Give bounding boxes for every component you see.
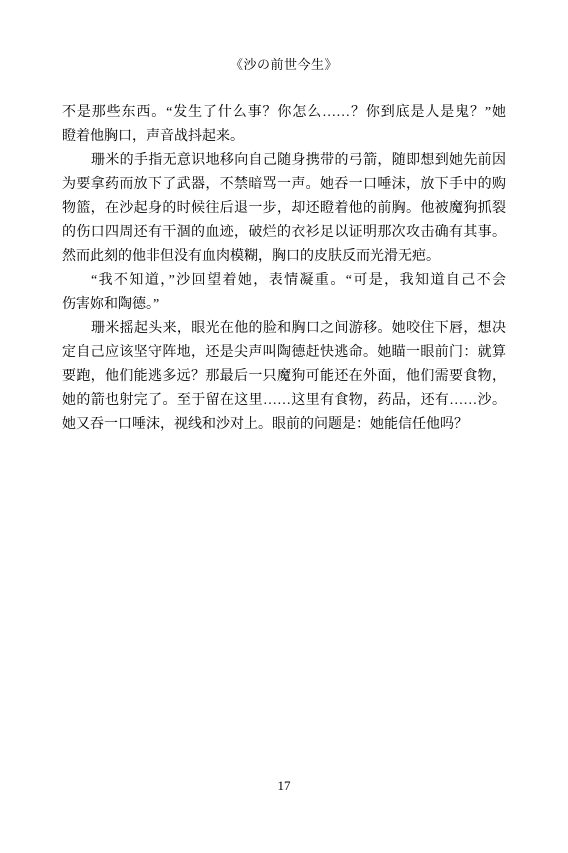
text-line: 定自己应该坚守阵地，还是尖声叫陶德赶快逃命。她瞄一眼前门：就算: [62, 341, 506, 365]
text-line: 伤害妳和陶德。”: [62, 293, 506, 317]
text-line: 物篮，在沙起身的时候往后退一步，却还瞪着他的前胸。他被魔狗抓裂: [62, 197, 506, 221]
text-line: 她的箭也射完了。至于留在这里……这里有食物，药品，还有……沙。: [62, 389, 506, 413]
text-line: 要跑，他们能逃多远？那最后一只魔狗可能还在外面，他们需要食物，: [62, 365, 506, 389]
page-number: 17: [62, 779, 506, 793]
text-line: 珊米摇起头来，眼光在他的脸和胸口之间游移。她咬住下唇，想决: [62, 317, 506, 341]
page-body: 不是那些东西。“发生了什么事？你怎么……？你到底是人是鬼？”她瞪着他胸口，声音战…: [62, 101, 506, 437]
text-line: 为要拿药而放下了武器，不禁暗骂一声。她吞一口唾沫，放下手中的购: [62, 173, 506, 197]
text-line: 不是那些东西。“发生了什么事？你怎么……？你到底是人是鬼？”她: [62, 101, 506, 125]
text-line: “我不知道，”沙回望着她，表情凝重。“可是，我知道自己不会: [62, 269, 506, 293]
text-line: 珊米的手指无意识地移向自己随身携带的弓箭，随即想到她先前因: [62, 149, 506, 173]
document-page: 《沙の前世今生》 不是那些东西。“发生了什么事？你怎么……？你到底是人是鬼？”她…: [0, 0, 568, 853]
text-line: 然而此刻的他非但没有血肉模糊，胸口的皮肤反而光滑无疤。: [62, 245, 506, 269]
text-line: 的伤口四周还有干涸的血迹，破烂的衣衫足以证明那次攻击确有其事。: [62, 221, 506, 245]
text-line: 她又吞一口唾沫，视线和沙对上。眼前的问题是：她能信任他吗？: [62, 413, 506, 437]
page-title: 《沙の前世今生》: [62, 58, 506, 72]
text-line: 瞪着他胸口，声音战抖起来。: [62, 125, 506, 149]
